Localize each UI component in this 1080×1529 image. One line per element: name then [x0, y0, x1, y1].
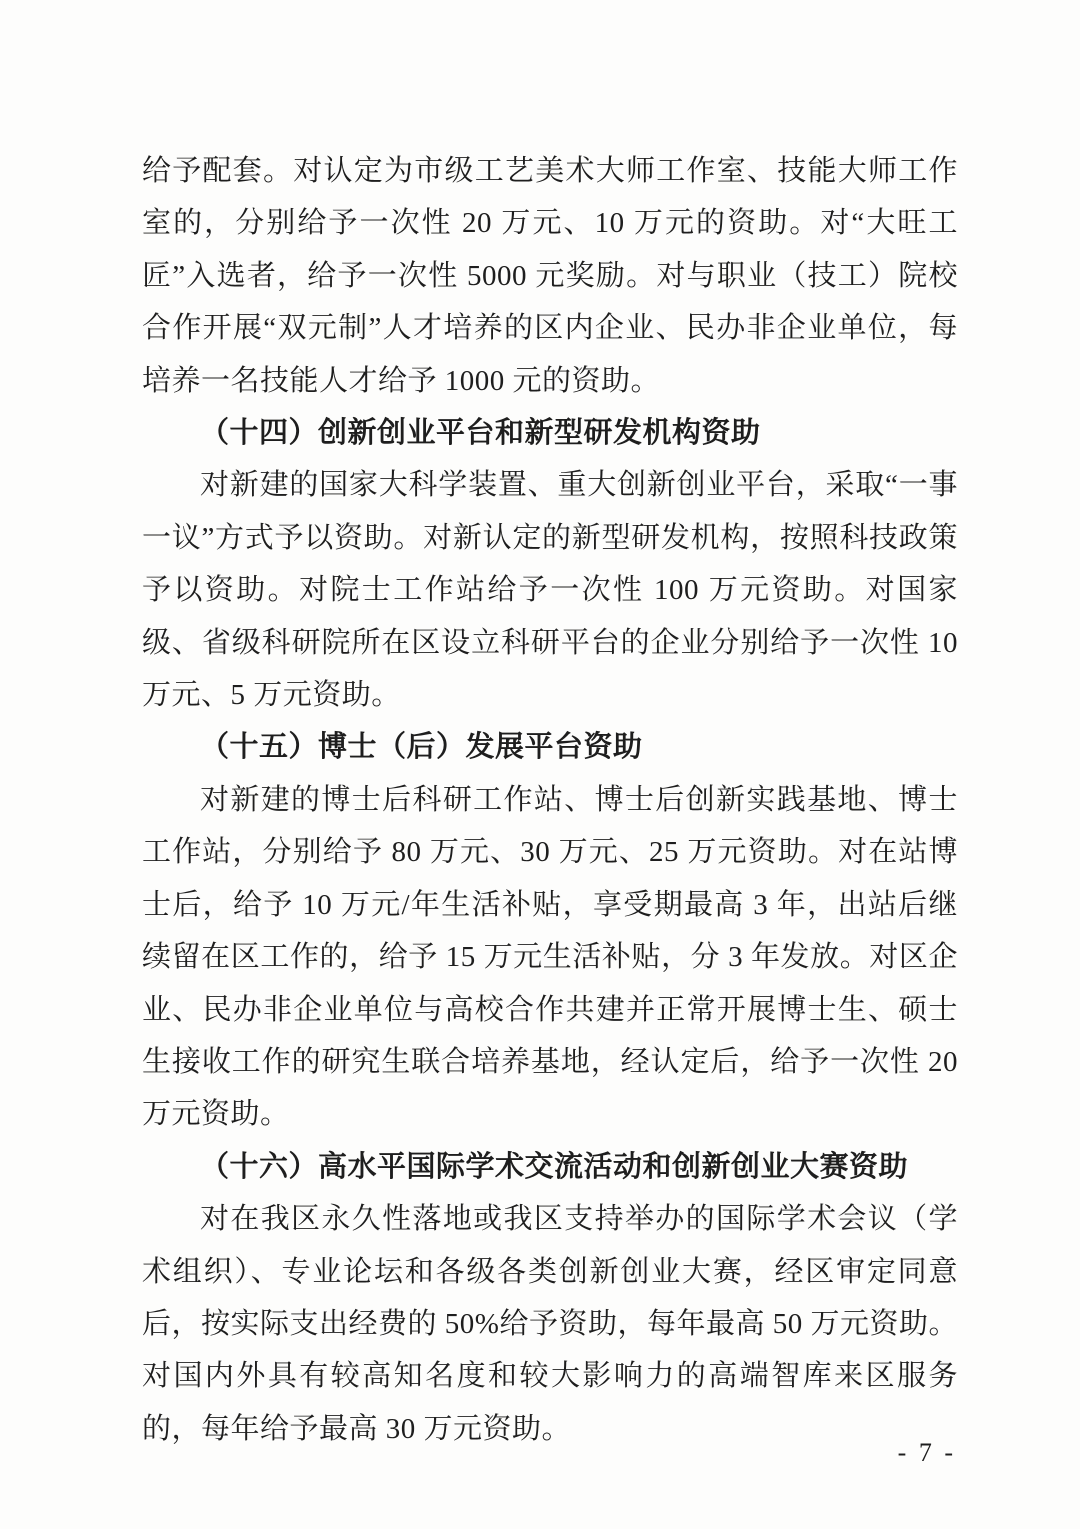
paragraph-section-15: 对新建的博士后科研工作站、博士后创新实践基地、博士工作站，分别给予 80 万元、…	[142, 774, 958, 1141]
section-heading-15: （十五）博士（后）发展平台资助	[142, 721, 958, 773]
document-page: 给予配套。对认定为市级工艺美术大师工作室、技能大师工作室的，分别给予一次性 20…	[0, 0, 1080, 1529]
section-heading-16: （十六）高水平国际学术交流活动和创新创业大赛资助	[142, 1141, 958, 1193]
paragraph-section-14: 对新建的国家大科学装置、重大创新创业平台，采取“一事一议”方式予以资助。对新认定…	[142, 459, 958, 721]
paragraph-section-16: 对在我区永久性落地或我区支持举办的国际学术会议（学术组织）、专业论坛和各级各类创…	[142, 1193, 958, 1455]
section-heading-14: （十四）创新创业平台和新型研发机构资助	[142, 407, 958, 459]
page-number: - 7 -	[898, 1438, 956, 1468]
paragraph-continued-talent-subsidy: 给予配套。对认定为市级工艺美术大师工作室、技能大师工作室的，分别给予一次性 20…	[142, 145, 958, 407]
document-body: 给予配套。对认定为市级工艺美术大师工作室、技能大师工作室的，分别给予一次性 20…	[142, 145, 958, 1455]
